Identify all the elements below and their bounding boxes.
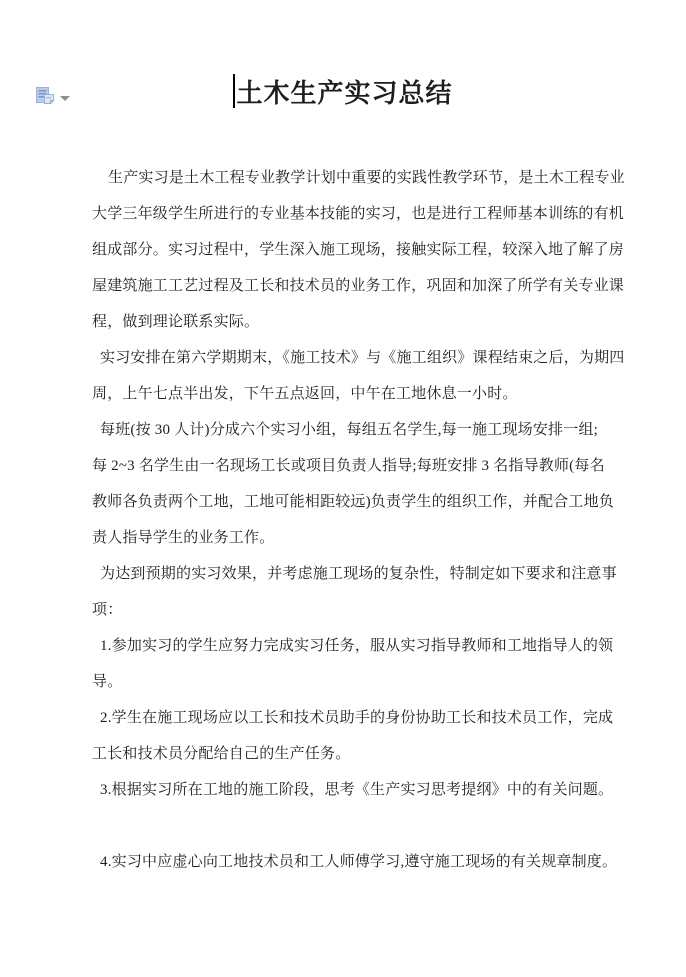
doc-line: 导。: [92, 664, 632, 700]
doc-line: 程，做到理论联系实际。: [92, 304, 632, 340]
document-title-row[interactable]: 土木生产实习总结: [0, 74, 686, 114]
doc-line: 4.实习中应虚心向工地技术员和工人师傅学习,遵守施工现场的有关规章制度。: [92, 844, 632, 880]
doc-line: 1.参加实习的学生应努力完成实习任务，服从实习指导教师和工地指导人的领: [92, 628, 632, 664]
doc-line: 生产实习是土木工程专业教学计划中重要的实践性教学环节，是土木工程专业: [92, 160, 632, 196]
doc-line: 教师各负责两个工地，工地可能相距较远)负责学生的组织工作，并配合工地负: [92, 484, 632, 520]
doc-line: 为达到预期的实习效果，并考虑施工现场的复杂性，特制定如下要求和注意事: [92, 556, 632, 592]
page-title: 土木生产实习总结: [236, 79, 452, 108]
doc-line: 每班(按 30 人计)分成六个实习小组，每组五名学生,每一施工现场安排一组;: [92, 412, 632, 448]
doc-line: 大学三年级学生所进行的专业基本技能的实习，也是进行工程师基本训练的有机: [92, 196, 632, 232]
doc-line: 每 2~3 名学生由一名现场工长或项目负责人指导;每班安排 3 名指导教师(每名: [92, 448, 632, 484]
doc-line: 实习安排在第六学期期末，《施工技术》与《施工组织》课程结束之后，为期四: [92, 340, 632, 376]
doc-line: 项：: [92, 592, 632, 628]
doc-line: 屋建筑施工工艺过程及工长和技术员的业务工作，巩固和加深了所学有关专业课: [92, 268, 632, 304]
doc-line: 2.学生在施工现场应以工长和技术员助手的身份协助工长和技术员工作，完成: [92, 700, 632, 736]
doc-line: 责人指导学生的业务工作。: [92, 520, 632, 556]
blank-line: [92, 808, 632, 844]
doc-line: 工长和技术员分配给自己的生产任务。: [92, 736, 632, 772]
doc-line: 3.根据实习所在工地的施工阶段，思考《生产实习思考提纲》中的有关问题。: [92, 772, 632, 808]
doc-line: 周，上午七点半出发，下午五点返回，中午在工地休息一小时。: [92, 376, 632, 412]
document-body[interactable]: 生产实习是土木工程专业教学计划中重要的实践性教学环节，是土木工程专业 大学三年级…: [92, 160, 632, 880]
doc-line: 组成部分。实习过程中，学生深入施工现场，接触实际工程，较深入地了解了房: [92, 232, 632, 268]
